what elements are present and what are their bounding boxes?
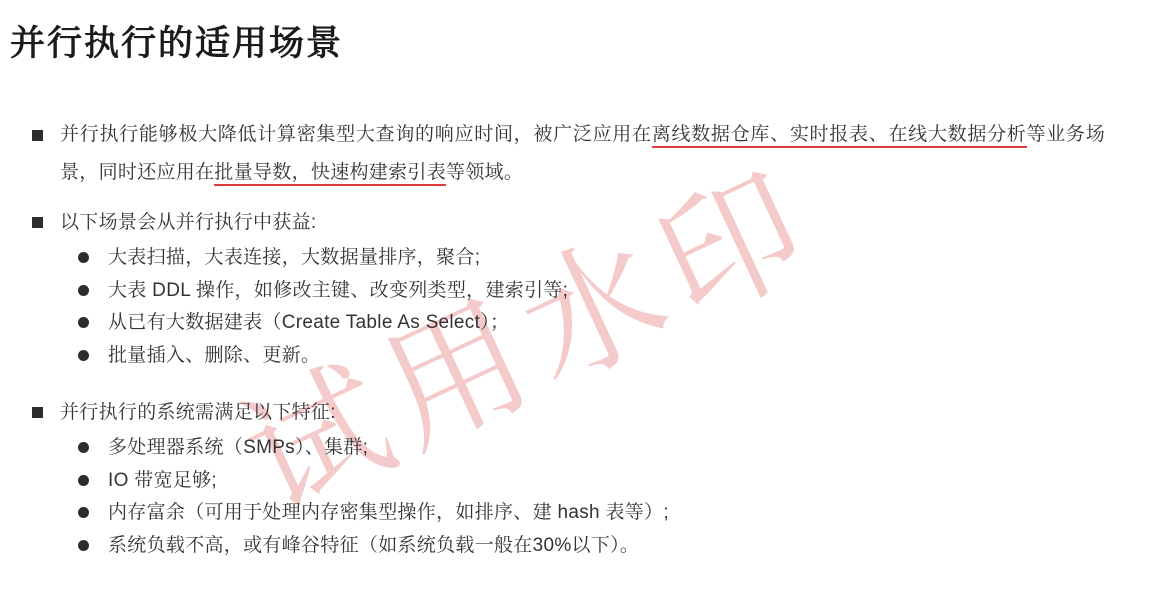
section: 并行执行能够极大降低计算密集型大查询的响应时间，被广泛应用在离线数据仓库、实时报… — [0, 116, 1160, 192]
circle-bullet-icon — [78, 442, 89, 453]
circle-bullet-icon — [78, 285, 89, 296]
red-underlined-segment: 批量导数，快速构建索引表 — [214, 162, 446, 186]
circle-bullet-icon — [78, 475, 89, 486]
section-head: 并行执行能够极大降低计算密集型大查询的响应时间，被广泛应用在离线数据仓库、实时报… — [0, 116, 1160, 192]
document-page: 试用水印 并行执行的适用场景 并行执行能够极大降低计算密集型大查询的响应时间，被… — [0, 0, 1160, 615]
section-head: 并行执行的系统需满足以下特征: — [0, 402, 1160, 423]
list-item: 大表扫描，大表连接，大数据量排序，聚合; — [0, 247, 1160, 268]
list-header: 并行执行的系统需满足以下特征: — [60, 402, 336, 423]
list-item-text: 内存富余（可用于处理内存密集型操作，如排序、建 hash 表等）; — [108, 502, 669, 523]
list-item: 大表 DDL 操作，如修改主键、改变列类型，建索引等; — [0, 280, 1160, 301]
section: 并行执行的系统需满足以下特征:多处理器系统（SMPs）、集群;IO 带宽足够;内… — [0, 402, 1160, 567]
square-bullet-icon — [32, 217, 43, 228]
list-header: 以下场景会从并行执行中获益: — [60, 212, 316, 233]
document-content: 并行执行能够极大降低计算密集型大查询的响应时间，被广泛应用在离线数据仓库、实时报… — [0, 0, 1160, 615]
circle-bullet-icon — [78, 507, 89, 518]
circle-bullet-icon — [78, 317, 89, 328]
list-item-text: 系统负载不高，或有峰谷特征（如系统负载一般在30%以下）。 — [108, 535, 639, 556]
list-item-text: 多处理器系统（SMPs）、集群; — [108, 437, 368, 458]
list-item: IO 带宽足够; — [0, 470, 1160, 491]
bullet-list: 多处理器系统（SMPs）、集群;IO 带宽足够;内存富余（可用于处理内存密集型操… — [0, 437, 1160, 555]
circle-bullet-icon — [78, 540, 89, 551]
paragraph-text: 并行执行能够极大降低计算密集型大查询的响应时间，被广泛应用在离线数据仓库、实时报… — [60, 116, 1105, 192]
bullet-list: 大表扫描，大表连接，大数据量排序，聚合;大表 DDL 操作，如修改主键、改变列类… — [0, 247, 1160, 365]
square-bullet-icon — [32, 407, 43, 418]
text-segment: 并行执行能够极大降低计算密集型大查询的响应时间，被广泛应用在 — [60, 124, 652, 145]
list-item: 批量插入、删除、更新。 — [0, 345, 1160, 366]
list-item-text: 大表扫描，大表连接，大数据量排序，聚合; — [108, 247, 480, 268]
red-underlined-segment: 离线数据仓库、实时报表、在线大数据分析 — [652, 124, 1027, 148]
circle-bullet-icon — [78, 252, 89, 263]
square-bullet-icon — [32, 130, 43, 141]
circle-bullet-icon — [78, 350, 89, 361]
list-item-text: 大表 DDL 操作，如修改主键、改变列类型，建索引等; — [108, 280, 568, 301]
section-head: 以下场景会从并行执行中获益: — [0, 212, 1160, 233]
list-item: 内存富余（可用于处理内存密集型操作，如排序、建 hash 表等）; — [0, 502, 1160, 523]
text-segment: 等领域。 — [446, 162, 523, 183]
list-item: 从已有大数据建表（Create Table As Select）； — [0, 312, 1160, 333]
list-item: 系统负载不高，或有峰谷特征（如系统负载一般在30%以下）。 — [0, 535, 1160, 556]
section: 以下场景会从并行执行中获益:大表扫描，大表连接，大数据量排序，聚合;大表 DDL… — [0, 212, 1160, 377]
list-item-text: IO 带宽足够; — [108, 470, 217, 491]
list-item: 多处理器系统（SMPs）、集群; — [0, 437, 1160, 458]
list-item-text: 批量插入、删除、更新。 — [108, 345, 320, 366]
list-item-text: 从已有大数据建表（Create Table As Select）； — [108, 312, 509, 333]
